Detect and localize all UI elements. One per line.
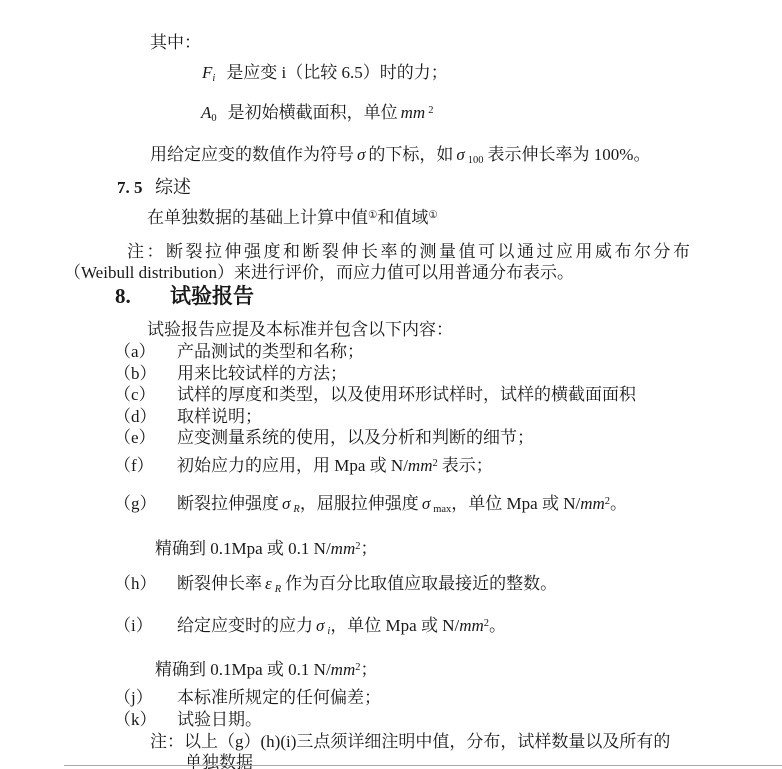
report-intro: 试验报告应提及本标准并包含以下内容： (147, 320, 453, 339)
sigma-max-symbol: σ (422, 494, 430, 513)
epsilon-R-sub: R (275, 584, 281, 595)
list-item-e: （e）应变测量系统的使用，以及分析和判断的细节； (114, 428, 534, 447)
sigma-i-symbol: σ (316, 616, 324, 635)
item-e-marker: （e） (114, 428, 177, 447)
item-k-marker: （k） (114, 710, 177, 729)
section-8-heading: 8.试验报告 (115, 287, 254, 306)
subscript-0: 0 (211, 113, 216, 124)
list-item-f: （f）初始应力的应用，用 Mpa 或 N/mm2表示； (114, 456, 493, 475)
list-item-h: （h）断裂伸长率εR作为百分比取值应取最接近的整数。 (114, 574, 557, 593)
sigma-note-t3: 表示伸长率为 100%。 (488, 145, 651, 164)
list-item-i: （i）给定应变时的应力σi，单位 Mpa 或 N/mm2。 (114, 616, 506, 635)
item-f-t1: 初始应力的应用，用 Mpa 或 N/ (177, 456, 408, 475)
precision-i-t2: ； (360, 660, 377, 679)
item-h-t1: 断裂伸长率 (177, 574, 262, 593)
footnote-separator-rule (64, 765, 782, 766)
precision-g-t1: 精确到 0.1Mpa 或 0.1 N/ (155, 539, 331, 558)
item-f-sup-2: 2 (432, 458, 437, 469)
definition-f-text: 是应变 i（比较 6.5）时的力； (226, 63, 447, 82)
item-g-marker: （g） (114, 494, 177, 513)
subscript-i: i (212, 73, 215, 84)
item-b-text: 用来比较试样的方法； (177, 364, 347, 383)
item-g-unit-mm: mm (580, 494, 605, 513)
sigma-note-t2: 的下标，如 (368, 145, 453, 164)
median-range-line: 在单独数据的基础上计算中值①和值域① (147, 208, 438, 227)
item-i-t1: 给定应变时的应力 (177, 616, 313, 635)
weibull-note-text-2: （Weibull distribution）来进行评价，而应力值可以用普通分布表… (64, 263, 574, 282)
item-d-marker: （d） (114, 407, 177, 426)
item-g-t4: 。 (610, 494, 627, 513)
item-e-text: 应变测量系统的使用，以及分析和判断的细节； (177, 428, 534, 447)
list-item-g: （g）断裂拉伸强度σR，屈服拉伸强度σmax，单位 Mpa 或 N/mm2。 (114, 494, 627, 513)
item-b-marker: （b） (114, 364, 177, 383)
item-i-t3: 。 (489, 616, 506, 635)
item-g-t2: ，屈服拉伸强度 (300, 494, 419, 513)
item-f-unit-mm: mm (408, 456, 433, 475)
item-f-marker: （f） (114, 456, 177, 475)
list-item-a: （a）产品测试的类型和名称； (114, 342, 364, 361)
item-j-text: 本标准所规定的任何偏差； (177, 688, 381, 707)
definition-a: A0是初始横截面积，单位mm2 (201, 103, 433, 122)
sigma-note-t1: 用给定应变的数值作为符号 (150, 145, 354, 164)
item-i-marker: （i） (114, 616, 177, 635)
section-7-5-title: 综述 (155, 177, 191, 197)
sigma-100-sub: 100 (468, 155, 484, 166)
section-7-5-number: 7. 5 (117, 178, 155, 197)
section-8-number: 8. (115, 287, 170, 306)
list-item-j: （j）本标准所规定的任何偏差； (114, 688, 381, 707)
precision-g-t2: ； (360, 539, 377, 558)
list-item-c: （c）试样的厚度和类型，以及使用环形试样时，试样的横截面面积 (114, 385, 636, 404)
superscript-2: 2 (428, 105, 433, 116)
list-item-d: （d）取样说明； (114, 407, 262, 426)
sigma-max-sub: max (433, 504, 451, 515)
precision-i-unit-mm: mm (331, 660, 356, 679)
item-d-text: 取样说明； (177, 407, 262, 426)
list-item-b: （b）用来比较试样的方法； (114, 364, 347, 383)
symbol-F: F (202, 63, 212, 82)
sigma-100-symbol: σ (456, 145, 464, 164)
footnote-mark-2: ① (428, 210, 437, 221)
item-k-text: 试验日期。 (177, 710, 262, 729)
precision-g-unit-mm: mm (331, 539, 356, 558)
item-i-t2: ，单位 Mpa 或 N/ (330, 616, 459, 635)
final-note-text-1: 注：以上（g）(h)(i)三点须详细注明中值，分布，试样数量以及所有的 (150, 732, 670, 751)
item-j-marker: （j） (114, 688, 177, 707)
final-note-text-2: 单独数据 (185, 753, 253, 769)
footnote-mark-1: ① (368, 210, 377, 221)
where-label: 其中： (150, 33, 201, 52)
symbol-A: A (201, 103, 211, 122)
section-8-title: 试验报告 (170, 284, 254, 308)
section-7-5-heading: 7. 5综述 (117, 178, 191, 197)
median-t2: 和值域 (377, 208, 428, 227)
item-g-t1: 断裂拉伸强度 (177, 494, 279, 513)
precision-note-i: 精确到 0.1Mpa 或 0.1 N/mm2； (155, 660, 377, 679)
item-a-marker: （a） (114, 342, 177, 361)
item-c-text: 试样的厚度和类型，以及使用环形试样时，试样的横截面面积 (177, 385, 636, 404)
sigma-symbol: σ (357, 145, 365, 164)
item-a-text: 产品测试的类型和名称； (177, 342, 364, 361)
where-text: 其中： (150, 33, 201, 52)
document-page: 其中： Fi是应变 i（比较 6.5）时的力； A0是初始横截面积，单位mm2 … (0, 0, 782, 769)
item-h-t2: 作为百分比取值应取最接近的整数。 (285, 574, 557, 593)
weibull-note-line-2: （Weibull distribution）来进行评价，而应力值可以用普通分布表… (64, 263, 574, 282)
list-item-k: （k）试验日期。 (114, 710, 262, 729)
item-c-marker: （c） (114, 385, 177, 404)
final-note-line-1: 注：以上（g）(h)(i)三点须详细注明中值，分布，试样数量以及所有的 (150, 732, 670, 751)
median-t1: 在单独数据的基础上计算中值 (147, 208, 368, 227)
precision-note-g: 精确到 0.1Mpa 或 0.1 N/mm2； (155, 539, 377, 558)
epsilon-R-symbol: ε (265, 574, 272, 593)
item-g-t3: ，单位 Mpa 或 N/ (451, 494, 580, 513)
final-note-line-2: 单独数据 (185, 753, 253, 769)
definition-f: Fi是应变 i（比较 6.5）时的力； (202, 63, 448, 82)
sigma-R-symbol: σ (282, 494, 290, 513)
item-f-t2: 表示； (442, 456, 493, 475)
precision-i-t1: 精确到 0.1Mpa 或 0.1 N/ (155, 660, 331, 679)
sigma-subscript-note: 用给定应变的数值作为符号σ的下标，如σ100表示伸长率为 100%。 (150, 145, 650, 164)
report-intro-text: 试验报告应提及本标准并包含以下内容： (147, 320, 453, 339)
weibull-note-line-1: 注：断裂拉伸强度和断裂伸长率的测量值可以通过应用威布尔分布 (127, 242, 693, 261)
unit-mm: mm (401, 103, 426, 122)
weibull-note-text-1: 注：断裂拉伸强度和断裂伸长率的测量值可以通过应用威布尔分布 (127, 242, 693, 261)
item-i-unit-mm: mm (459, 616, 484, 635)
item-h-marker: （h） (114, 574, 177, 593)
definition-a-text: 是初始横截面积，单位 (228, 103, 398, 122)
